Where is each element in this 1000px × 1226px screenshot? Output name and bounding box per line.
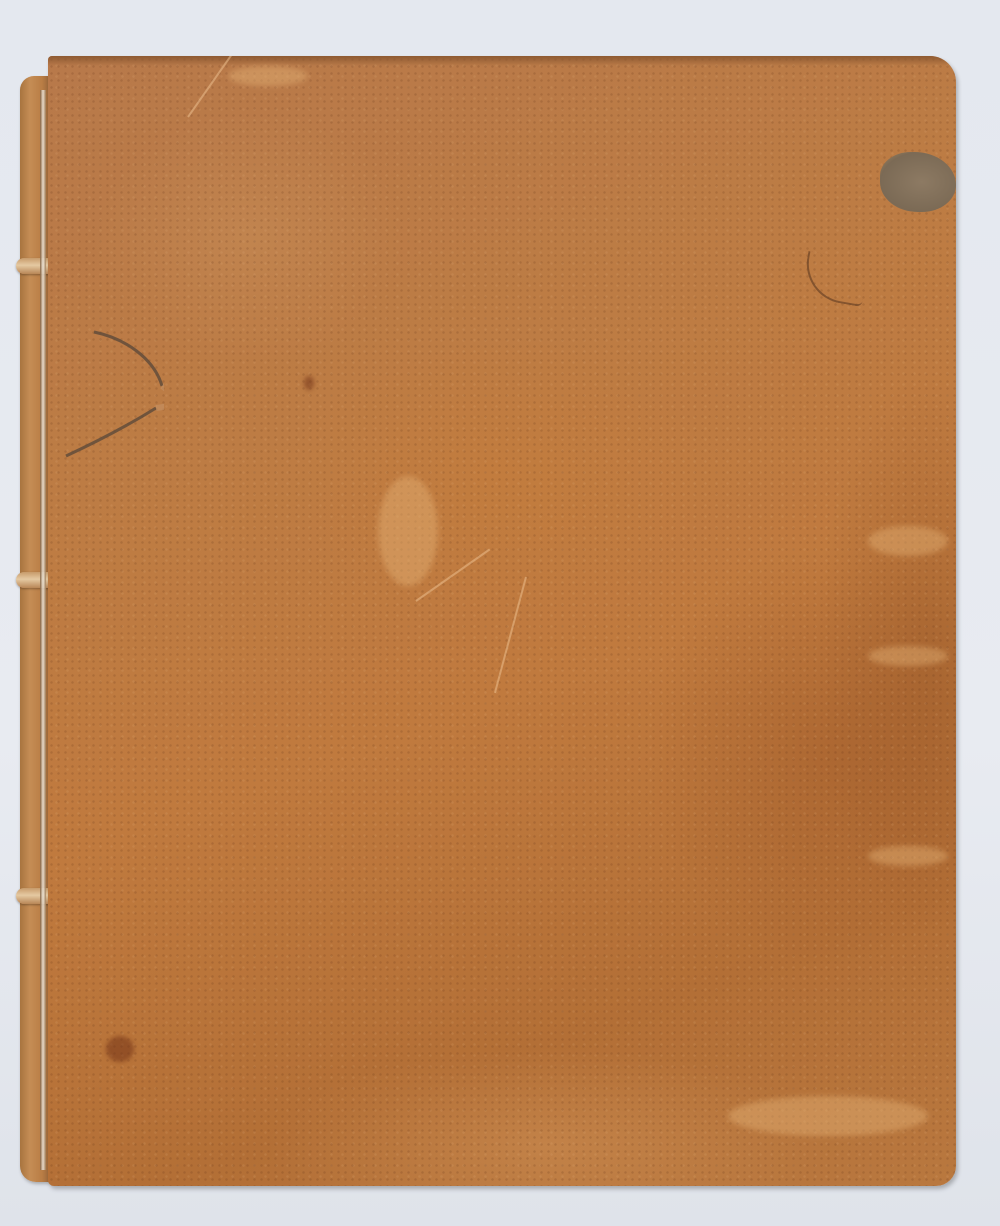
scuff-mark bbox=[378, 476, 438, 586]
dark-stain bbox=[106, 1036, 134, 1062]
binding-thread bbox=[40, 90, 46, 1170]
dark-stain bbox=[304, 376, 314, 390]
photo-scene bbox=[0, 0, 1000, 1226]
scuff-mark bbox=[728, 1096, 928, 1136]
leather-grain bbox=[48, 56, 956, 1186]
curved-crack bbox=[64, 328, 164, 458]
cover-top-edge bbox=[48, 56, 956, 66]
scuff-mark bbox=[868, 526, 948, 556]
scuff-mark bbox=[228, 66, 308, 86]
book-front-cover bbox=[48, 56, 956, 1186]
scuff-mark bbox=[868, 846, 948, 866]
scuff-mark bbox=[868, 646, 948, 666]
